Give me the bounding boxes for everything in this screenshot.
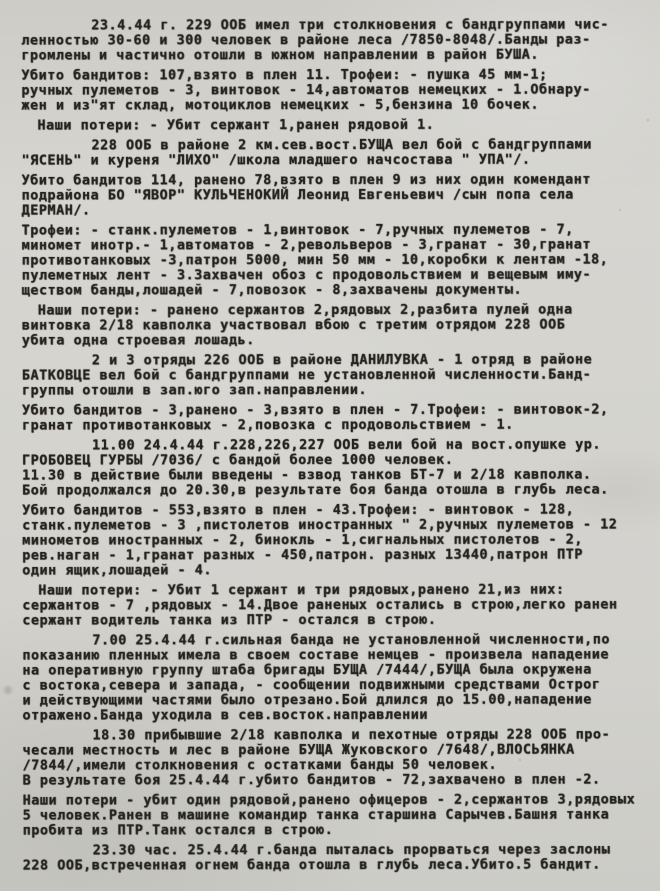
text-line: жен и из"ят склад, мотоциклов немецких -… [21,97,643,113]
text-line: сержант водитель танка из ПТР - остался … [22,612,644,628]
paragraph: 18.30 прибывшие 2/18 кавполка и пехотные… [22,727,644,788]
text-line: гранат противотанковых - 2,повозка с про… [22,417,644,433]
text-line: отражено.Банда уходила в сев.восток.напр… [22,707,644,723]
text-line: подрайона БО "ЯВОР" КУЛЬЧЕНОКИЙ Леонид Е… [22,187,644,203]
text-line: Наши потери: - Убит сержант 1,ранен рядо… [21,117,643,133]
paragraph: Наши потери - убит один рядовой,ранено о… [23,792,645,838]
text-line: Бой продолжался до 20.30,в результате бо… [22,482,644,498]
text-line: один ящик,лошадей - 4. [22,562,644,578]
text-line: рев.наган - 1,гранат разных - 450,патрон… [22,547,644,563]
paragraph: 23.30 час. 25.4.44 г.банда пыталась прор… [23,842,645,873]
text-line: "ЯСЕНЬ" и куреня "ЛИХО" /школа младшего … [21,152,643,168]
paragraph: 23.4.44 г. 229 ООБ имел три столкновения… [21,17,643,63]
paragraph: Наши потери: - Убит сержант 1,ранен рядо… [21,117,643,133]
paragraph: Убито бандитов - 553,взято в плен - 43.Т… [22,502,644,578]
paragraph: 7.00 25.4.44 г.сильная банда не установл… [22,632,644,723]
text-line: винтовка 2/18 кавполка участвовал вбою с… [22,317,644,333]
text-line: В результате боя 25.4.44 г.убито бандито… [23,772,645,788]
paragraph: Убито бандитов: 107,взято в плен 11. Тро… [21,67,643,113]
paragraph: 2 и 3 отряды 226 ООБ в районе ДАНИЛУВКА … [22,352,644,398]
paragraph: Наши потери: - Убит 1 сержант и три рядо… [22,582,644,628]
paragraph: Убито бандитов 114, ранено 78,взято в пл… [22,172,644,218]
paragraph: Убито бандитов - 3,ранено - 3,взято в пл… [22,402,644,433]
paragraph: 228 ООБ в районе 2 км.сев.вост.БУЩА вел … [21,137,643,168]
paragraph: Трофеи: - станк.пулеметов - 1,винтовок -… [22,222,644,298]
document-body: 23.4.44 г. 229 ООБ имел три столкновения… [21,17,645,878]
text-line: пробита из ПТР.Танк остался в строю. [23,822,645,838]
text-line: громлены и частично отошли в южном напра… [21,47,643,63]
text-line: ществом банды,лошадей - 7,повозок - 8,за… [22,282,644,298]
paragraph: 11.00 24.4.44 г.228,226,227 ООБ вели бой… [22,437,644,498]
text-line: 228 ООБ,встреченная огнем банда отошла в… [23,857,645,873]
text-line: убита одна строевая лошадь. [22,332,644,348]
text-line: группы отошли в зап.юго зап.направлении. [22,382,644,398]
document-page: 23.4.44 г. 229 ООБ имел три столкновения… [0,0,660,891]
paragraph: Наши потери: - ранено сержантов 2,рядовы… [22,302,644,348]
text-line: ДЕРМАН/. [22,202,644,218]
